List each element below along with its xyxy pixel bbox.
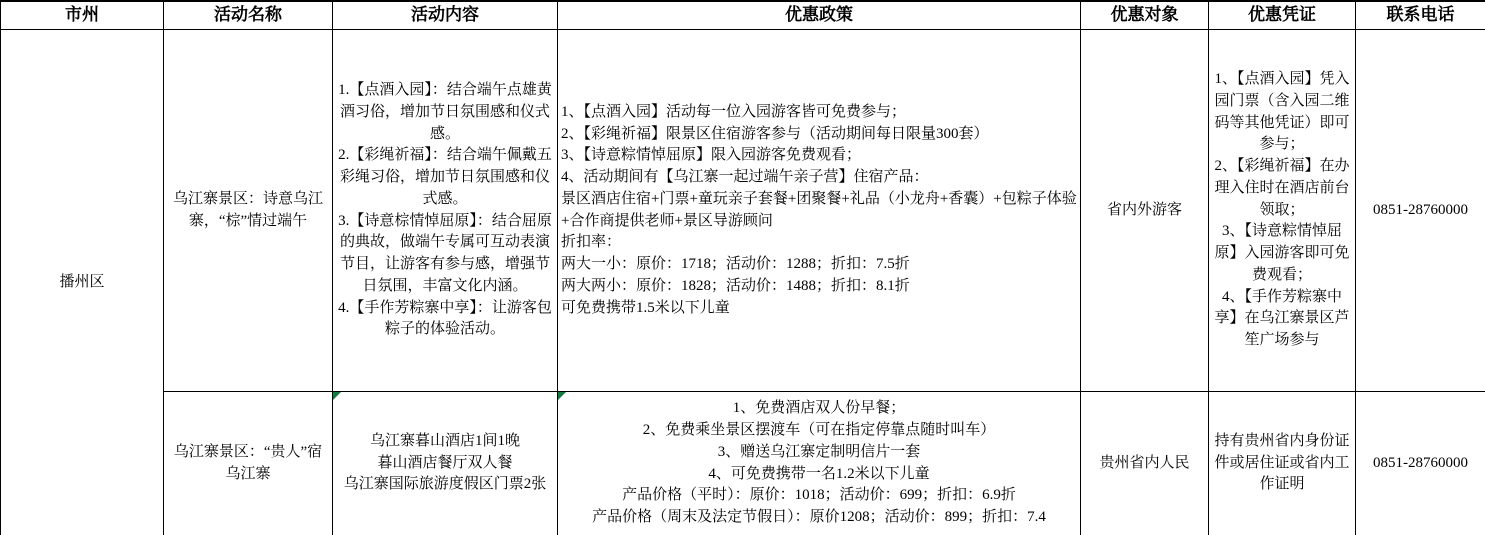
cell-policy-row2[interactable]: 1、免费酒店双人份早餐；2、免费乘坐景区摆渡车（可在指定停靠点随时叫车）3、赠送… — [558, 392, 1081, 535]
cell-activity-content-row1[interactable]: 1.【点酒入园】：结合端午点雄黄酒习俗，增加节日氛围感和仪式感。2.【彩绳祈福】… — [333, 30, 558, 392]
table-row: 播州区 乌江寨景区：诗意乌江寨，“棕”情过端午 1.【点酒入园】：结合端午点雄黄… — [1, 30, 1485, 392]
cell-phone-row1[interactable]: 0851-28760000 — [1356, 30, 1485, 392]
cell-policy-row1[interactable]: 1、【点酒入园】活动每一位入园游客皆可免费参与；2、【彩绳祈福】限景区住宿游客参… — [558, 30, 1081, 392]
header-row: 市州 活动名称 活动内容 优惠政策 优惠对象 优惠凭证 联系电话 — [1, 1, 1485, 30]
cell-city[interactable]: 播州区 — [1, 30, 164, 535]
policy-lines: 1、免费酒店双人份早餐；2、免费乘坐景区摆渡车（可在指定停靠点随时叫车）3、赠送… — [561, 398, 1077, 529]
policy-lines: 1、【点酒入园】活动每一位入园游客皆可免费参与；2、【彩绳祈福】限景区住宿游客参… — [561, 102, 1077, 320]
header-phone[interactable]: 联系电话 — [1356, 1, 1485, 30]
cell-target-row1[interactable]: 省内外游客 — [1081, 30, 1209, 392]
cell-activity-name-row1[interactable]: 乌江寨景区：诗意乌江寨，“棕”情过端午 — [164, 30, 333, 392]
cell-voucher-row2[interactable]: 持有贵州省内身份证件或居住证或省内工作证明 — [1209, 392, 1356, 535]
cell-target-row2[interactable]: 贵州省内人民 — [1081, 392, 1209, 535]
cell-error-flag-icon — [558, 392, 566, 400]
voucher-lines: 1、【点酒入园】凭入园门票（含入园二维码等其他凭证）即可参与；2、【彩绳祈福】在… — [1212, 69, 1352, 352]
header-activity-content[interactable]: 活动内容 — [333, 1, 558, 30]
activity-content-lines: 乌江寨暮山酒店1间1晚暮山酒店餐厅双人餐乌江寨国际旅游度假区门票2张 — [336, 431, 554, 496]
discount-policy-table: 市州 活动名称 活动内容 优惠政策 优惠对象 优惠凭证 联系电话 播州区 乌江寨… — [0, 0, 1485, 535]
header-policy[interactable]: 优惠政策 — [558, 1, 1081, 30]
activity-content-lines: 1.【点酒入园】：结合端午点雄黄酒习俗，增加节日氛围感和仪式感。2.【彩绳祈福】… — [336, 80, 554, 341]
table-row: 乌江寨景区：“贵人”宿乌江寨 乌江寨暮山酒店1间1晚暮山酒店餐厅双人餐乌江寨国际… — [1, 392, 1485, 535]
cell-activity-content-row2[interactable]: 乌江寨暮山酒店1间1晚暮山酒店餐厅双人餐乌江寨国际旅游度假区门票2张 — [333, 392, 558, 535]
cell-activity-name-row2[interactable]: 乌江寨景区：“贵人”宿乌江寨 — [164, 392, 333, 535]
header-target[interactable]: 优惠对象 — [1081, 1, 1209, 30]
cell-error-flag-icon — [333, 392, 341, 400]
header-activity-name[interactable]: 活动名称 — [164, 1, 333, 30]
cell-voucher-row1[interactable]: 1、【点酒入园】凭入园门票（含入园二维码等其他凭证）即可参与；2、【彩绳祈福】在… — [1209, 30, 1356, 392]
cell-phone-row2[interactable]: 0851-28760000 — [1356, 392, 1485, 535]
header-voucher[interactable]: 优惠凭证 — [1209, 1, 1356, 30]
header-city[interactable]: 市州 — [1, 1, 164, 30]
